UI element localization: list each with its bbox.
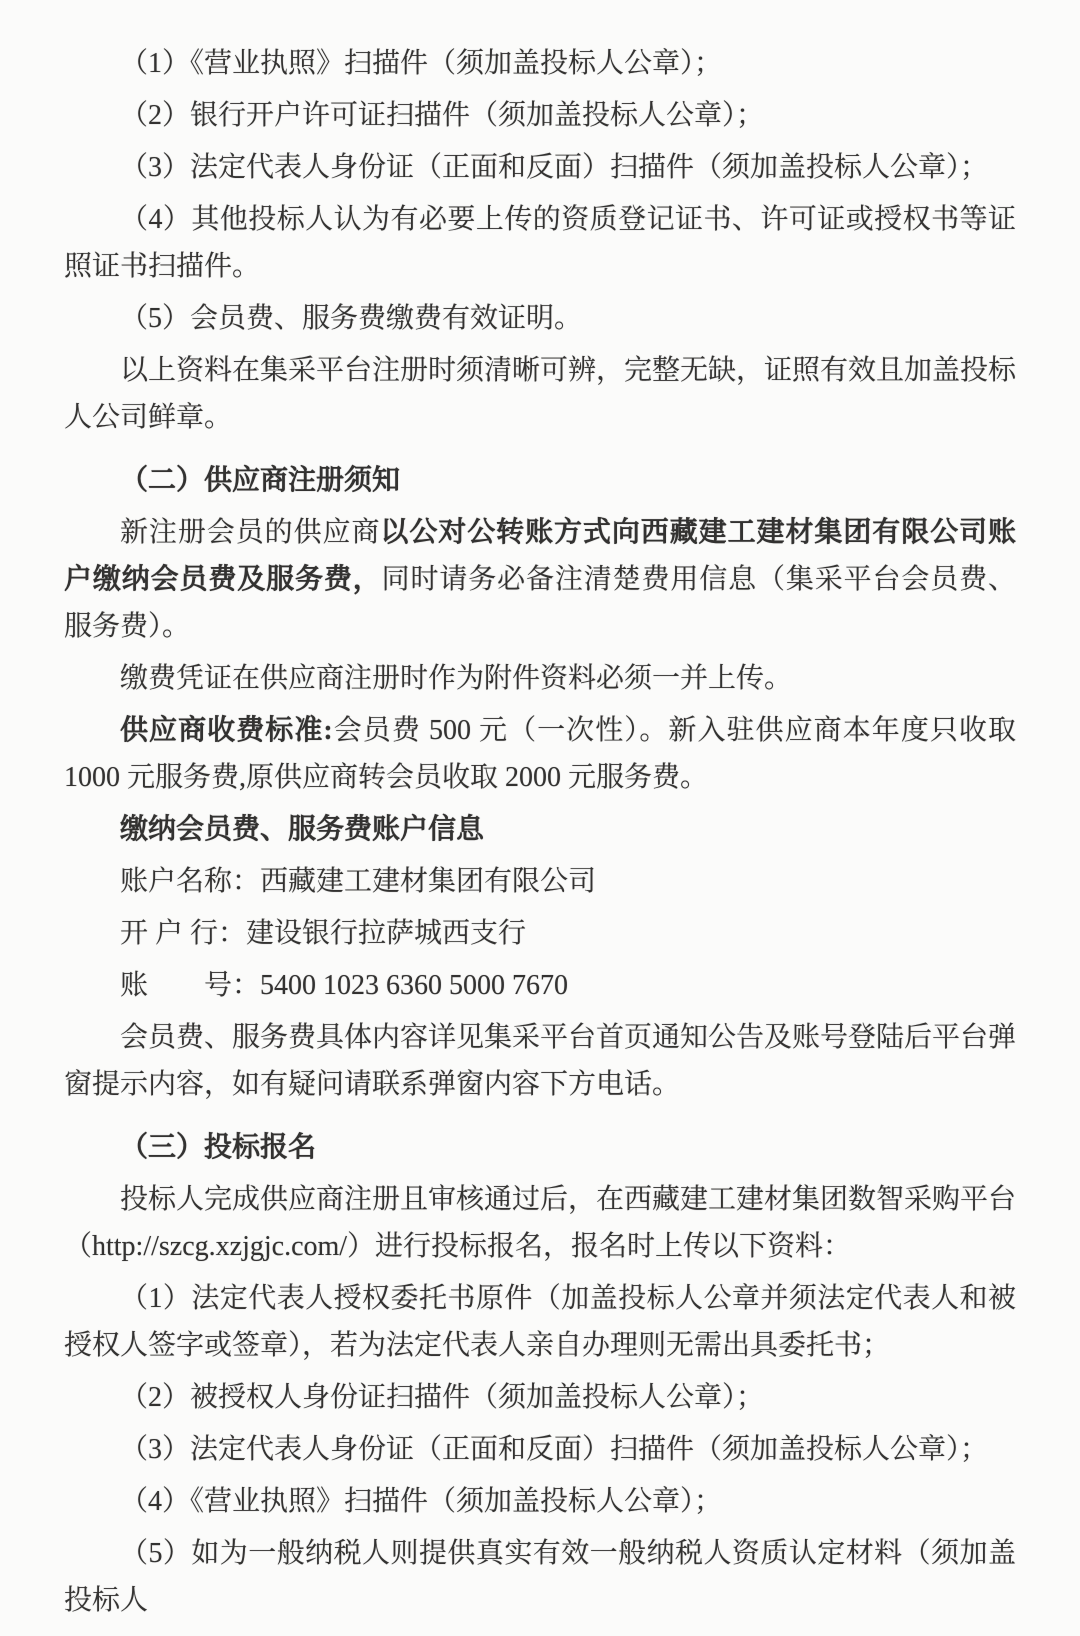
requirement-item-2: （2）银行开户许可证扫描件（须加盖投标人公章）； bbox=[64, 92, 1016, 139]
account-number-value: 5400 1023 6360 5000 7670 bbox=[260, 970, 568, 1001]
bank-row: 开 户 行：建设银行拉萨城西支行 bbox=[64, 910, 1016, 957]
supplier-registration-heading: （二）供应商注册须知 bbox=[64, 457, 1016, 504]
account-number-label: 账 号： bbox=[120, 970, 260, 1001]
bid-item-3: （3）法定代表人身份证（正面和反面）扫描件（须加盖投标人公章）； bbox=[64, 1426, 1016, 1473]
bank-value: 建设银行拉萨城西支行 bbox=[246, 918, 526, 949]
bid-item-4: （4）《营业执照》扫描件（须加盖投标人公章）； bbox=[64, 1478, 1016, 1525]
payment-method-paragraph: 新注册会员的供应商以公对公转账方式向西藏建工建材集团有限公司账户缴纳会员费及服务… bbox=[64, 509, 1016, 650]
account-number-row: 账 号：5400 1023 6360 5000 7670 bbox=[64, 962, 1016, 1009]
bid-registration-heading: （三）投标报名 bbox=[64, 1124, 1016, 1171]
account-name-row: 账户名称：西藏建工建材集团有限公司 bbox=[64, 858, 1016, 905]
bank-label: 开 户 行： bbox=[120, 918, 246, 949]
bid-registration-paragraph: 投标人完成供应商注册且审核通过后，在西藏建工建材集团数智采购平台（http://… bbox=[64, 1176, 1016, 1270]
requirement-item-1: （1）《营业执照》扫描件（须加盖投标人公章）； bbox=[64, 40, 1016, 87]
payment-voucher-paragraph: 缴费凭证在供应商注册时作为附件资料必须一并上传。 bbox=[64, 655, 1016, 702]
fee-standard-label: 供应商收费标准: bbox=[120, 715, 333, 746]
document-page: （1）《营业执照》扫描件（须加盖投标人公章）； （2）银行开户许可证扫描件（须加… bbox=[0, 0, 1080, 1636]
requirement-item-4: （4）其他投标人认为有必要上传的资质登记证书、许可证或授权书等证照证书扫描件。 bbox=[64, 196, 1016, 290]
requirement-item-3: （3）法定代表人身份证（正面和反面）扫描件（须加盖投标人公章）； bbox=[64, 144, 1016, 191]
bid-item-1: （1）法定代表人授权委托书原件（加盖投标人公章并须法定代表人和被授权人签字或签章… bbox=[64, 1275, 1016, 1369]
fee-detail-paragraph: 会员费、服务费具体内容详见集采平台首页通知公告及账号登陆后平台弹窗提示内容，如有… bbox=[64, 1014, 1016, 1108]
account-info-heading: 缴纳会员费、服务费账户信息 bbox=[64, 806, 1016, 853]
bid-item-5: （5）如为一般纳税人则提供真实有效一般纳税人资质认定材料（须加盖投标人 bbox=[64, 1530, 1016, 1624]
payment-method-lead: 新注册会员的供应商 bbox=[120, 517, 380, 548]
account-name-label: 账户名称： bbox=[120, 866, 260, 897]
fee-standard-paragraph: 供应商收费标准:会员费 500 元（一次性）。新入驻供应商本年度只收取 1000… bbox=[64, 707, 1016, 801]
bid-item-2: （2）被授权人身份证扫描件（须加盖投标人公章）； bbox=[64, 1374, 1016, 1421]
account-name-value: 西藏建工建材集团有限公司 bbox=[260, 866, 596, 897]
requirements-note: 以上资料在集采平台注册时须清晰可辨，完整无缺，证照有效且加盖投标人公司鲜章。 bbox=[64, 347, 1016, 441]
requirement-item-5: （5）会员费、服务费缴费有效证明。 bbox=[64, 295, 1016, 342]
